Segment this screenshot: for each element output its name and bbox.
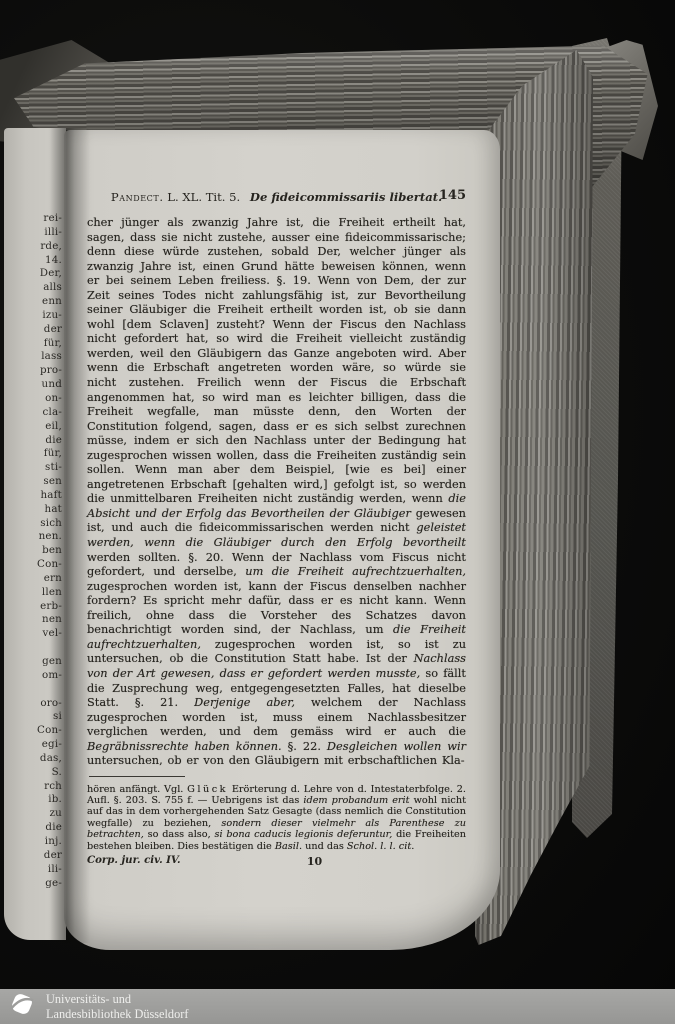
text-segment: Schol. l. l. cit. [347, 841, 414, 852]
list-item: pro- [4, 364, 62, 378]
list-item: oro- [4, 697, 62, 711]
list-item: ili- [4, 863, 62, 877]
list-item: egi- [4, 738, 62, 752]
list-item: vel- [4, 627, 62, 641]
text-segment: Glück [187, 784, 228, 795]
book-photo: rei-illi-rde,14.Der,allsennizu-derfür,la… [0, 0, 675, 1024]
footnote-rule [89, 776, 185, 777]
page-content: Pandect. L. XL. Tit. 5. De fideicommissa… [64, 130, 500, 868]
running-head-reference: L. XL. Tit. 5. [167, 190, 240, 204]
text-segment: Begräbnissrechte haben können. [87, 739, 282, 753]
list-item: alls [4, 281, 62, 295]
list-item: lass [4, 350, 62, 364]
footnote-text: hören anfängt. Vgl. Glück Erörterung d. … [87, 784, 466, 852]
list-item: 14. [4, 254, 62, 268]
running-head-work: Pandect. [111, 190, 164, 204]
list-item: si [4, 710, 62, 724]
running-head: Pandect. L. XL. Tit. 5. De fideicommissa… [87, 190, 466, 204]
list-item: der [4, 323, 62, 337]
list-item: illi- [4, 226, 62, 240]
list-item [4, 641, 62, 655]
text-segment: si bona caducis legionis deferuntur, [214, 829, 392, 840]
text-segment: Derjenige aber, [194, 695, 295, 709]
facing-page-sliver: rei-illi-rde,14.Der,allsennizu-derfür,la… [4, 128, 66, 940]
list-item: zu [4, 807, 62, 821]
text-segment: cher jünger als zwanzig Jahre ist, die F… [87, 215, 466, 505]
list-item: Der, [4, 267, 62, 281]
list-item: für, [4, 447, 62, 461]
list-item: cla- [4, 406, 62, 420]
list-item: der [4, 849, 62, 863]
text-segment: hören anfängt. Vgl. [87, 784, 187, 795]
banner-line-1: Universitäts- und [46, 992, 188, 1007]
text-segment: so dass also, [144, 829, 215, 840]
list-item: om- [4, 669, 62, 683]
list-item: nen [4, 613, 62, 627]
list-item: izu- [4, 309, 62, 323]
list-item: für, [4, 337, 62, 351]
list-item: ern [4, 572, 62, 586]
list-item: rch [4, 780, 62, 794]
ulb-logo-icon [7, 989, 37, 1024]
list-item: hat [4, 503, 62, 517]
list-item: ge- [4, 877, 62, 891]
banner-text: Universitäts- und Landesbibliothek Düsse… [46, 992, 188, 1021]
list-item: die [4, 434, 62, 448]
list-item: on- [4, 392, 62, 406]
text-segment: Basil. [275, 841, 302, 852]
facing-page-text-fragments: rei-illi-rde,14.Der,allsennizu-derfür,la… [4, 128, 66, 890]
text-segment: idem probandum erit [303, 795, 409, 806]
list-item: gen [4, 655, 62, 669]
list-item: sich [4, 517, 62, 531]
volume-signature: Corp. jur. civ. IV. [87, 854, 181, 866]
running-head-title: De fideicommissariis libertat. [250, 190, 442, 204]
list-item: die [4, 821, 62, 835]
list-item: und [4, 378, 62, 392]
list-item: sti- [4, 461, 62, 475]
list-item: haft [4, 489, 62, 503]
list-item: S. [4, 766, 62, 780]
list-item [4, 683, 62, 697]
banner-line-2: Landesbibliothek Düsseldorf [46, 1007, 188, 1022]
page-number: 145 [439, 189, 466, 203]
list-item: rei- [4, 212, 62, 226]
book-page: Pandect. L. XL. Tit. 5. De fideicommissa… [64, 130, 500, 950]
sheet-number: 10 [307, 855, 322, 868]
list-item: das, [4, 752, 62, 766]
text-segment: Desgleichen wollen wir [327, 739, 466, 753]
list-item: sen [4, 475, 62, 489]
text-segment: untersuchen, ob er von den Gläubigern mi… [87, 753, 465, 767]
list-item: erb- [4, 600, 62, 614]
list-item: llen [4, 586, 62, 600]
list-item: nen. [4, 530, 62, 544]
list-item: rde, [4, 240, 62, 254]
list-item: enn [4, 295, 62, 309]
list-item: ben [4, 544, 62, 558]
list-item: Con- [4, 558, 62, 572]
list-item: eil, [4, 420, 62, 434]
body-text: cher jünger als zwanzig Jahre ist, die F… [87, 215, 466, 768]
signature-row: Corp. jur. civ. IV. 10 [87, 854, 466, 868]
text-segment: und das [302, 841, 347, 852]
library-banner: Universitäts- und Landesbibliothek Düsse… [0, 989, 675, 1024]
list-item: ib. [4, 793, 62, 807]
text-segment: um die Freiheit aufrechtzuerhalten, [245, 564, 466, 578]
text-segment: §. 22. [282, 739, 327, 753]
list-item: Con- [4, 724, 62, 738]
list-item: inj. [4, 835, 62, 849]
